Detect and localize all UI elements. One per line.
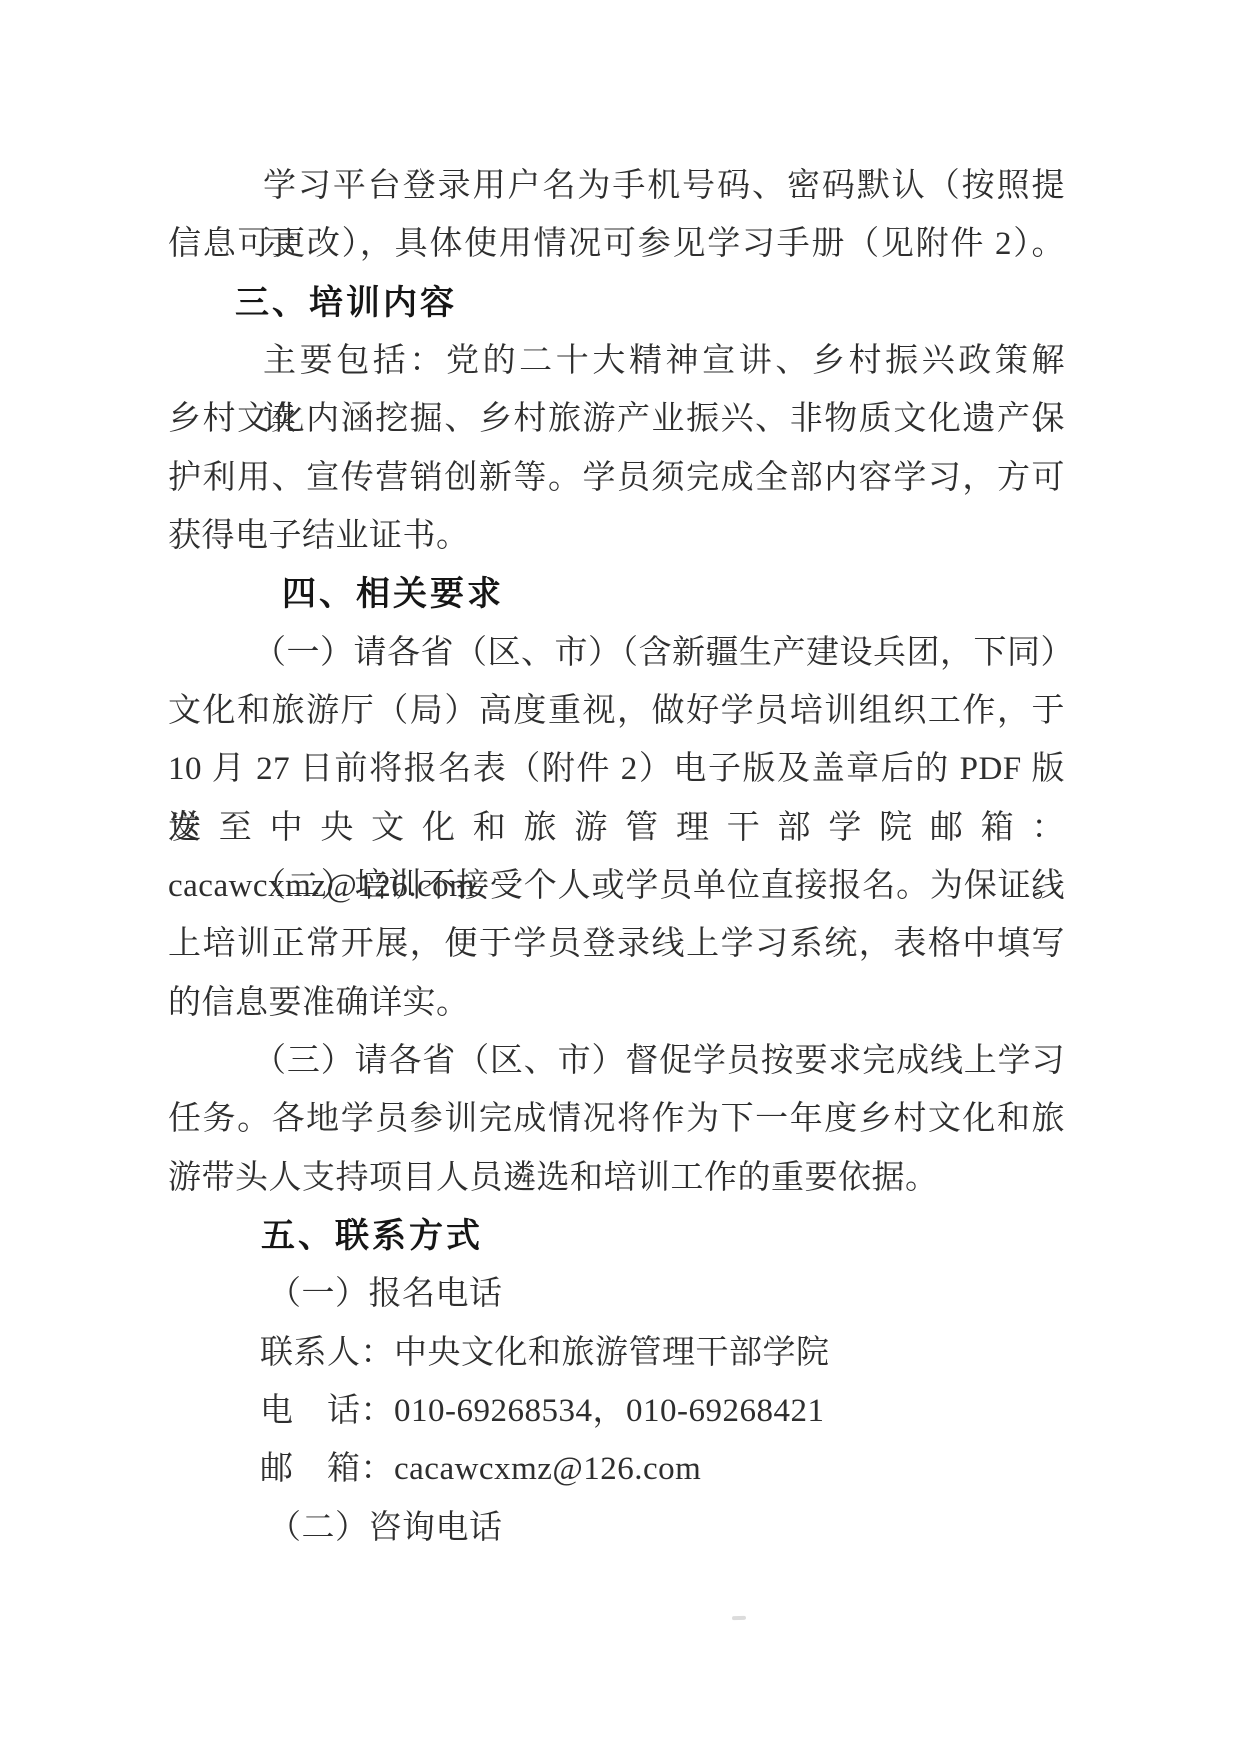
doc-line: 学习平台登录用户名为手机号码、密码默认（按照提示: [168, 157, 1065, 215]
section-heading-4: 四、相关要求: [168, 565, 1065, 623]
doc-line: 游带头人支持项目人员遴选和培训工作的重要依据。: [168, 1149, 1065, 1207]
section-heading-5: 五、联系方式: [168, 1207, 1065, 1265]
doc-line: 乡村文化内涵挖掘、乡村旅游产业振兴、非物质文化遗产保: [168, 390, 1065, 448]
doc-line: 获得电子结业证书。: [168, 507, 1065, 565]
doc-line: 任务。各地学员参训完成情况将作为下一年度乡村文化和旅: [168, 1090, 1065, 1148]
doc-line: 主要包括：党的二十大精神宣讲、乡村振兴政策解读、: [168, 332, 1065, 390]
doc-line: （二）咨询电话: [168, 1499, 1065, 1557]
doc-line: 的信息要准确详实。: [168, 974, 1065, 1032]
contact-email-line: 邮 箱：cacawcxmz@126.com: [168, 1440, 1065, 1498]
scanned-document-page: 学习平台登录用户名为手机号码、密码默认（按照提示 信息可更改），具体使用情况可参…: [0, 0, 1240, 1754]
doc-line: （一）报名电话: [168, 1265, 1065, 1323]
doc-line: 上培训正常开展，便于学员登录线上学习系统，表格中填写: [168, 915, 1065, 973]
doc-line: （三）请各省（区、市）督促学员按要求完成线上学习: [168, 1032, 1065, 1090]
doc-line: （二）培训不接受个人或学员单位直接报名。为保证线: [168, 857, 1065, 915]
doc-line: （一）请各省（区、市）（含新疆生产建设兵团，下同）: [168, 624, 1065, 682]
doc-line: 10 月 27 日前将报名表（附件 2）电子版及盖章后的 PDF 版发: [168, 740, 1065, 798]
contact-phone-line: 电 话：010-69268534，010-69268421: [168, 1382, 1065, 1440]
scan-artifact: [732, 1616, 746, 1620]
doc-line-email: 送至中央文化和旅游管理干部学院邮箱：cacawcxmz@126.com。: [168, 799, 1065, 857]
contact-person-line: 联系人：中央文化和旅游管理干部学院: [168, 1324, 1065, 1382]
section-heading-3: 三、培训内容: [168, 274, 1065, 332]
doc-line: 信息可更改），具体使用情况可参见学习手册（见附件 2）。: [168, 215, 1065, 273]
document-text-block: 学习平台登录用户名为手机号码、密码默认（按照提示 信息可更改），具体使用情况可参…: [168, 157, 1065, 1557]
doc-line: 护利用、宣传营销创新等。学员须完成全部内容学习，方可: [168, 449, 1065, 507]
doc-line: 文化和旅游厅（局）高度重视，做好学员培训组织工作，于: [168, 682, 1065, 740]
